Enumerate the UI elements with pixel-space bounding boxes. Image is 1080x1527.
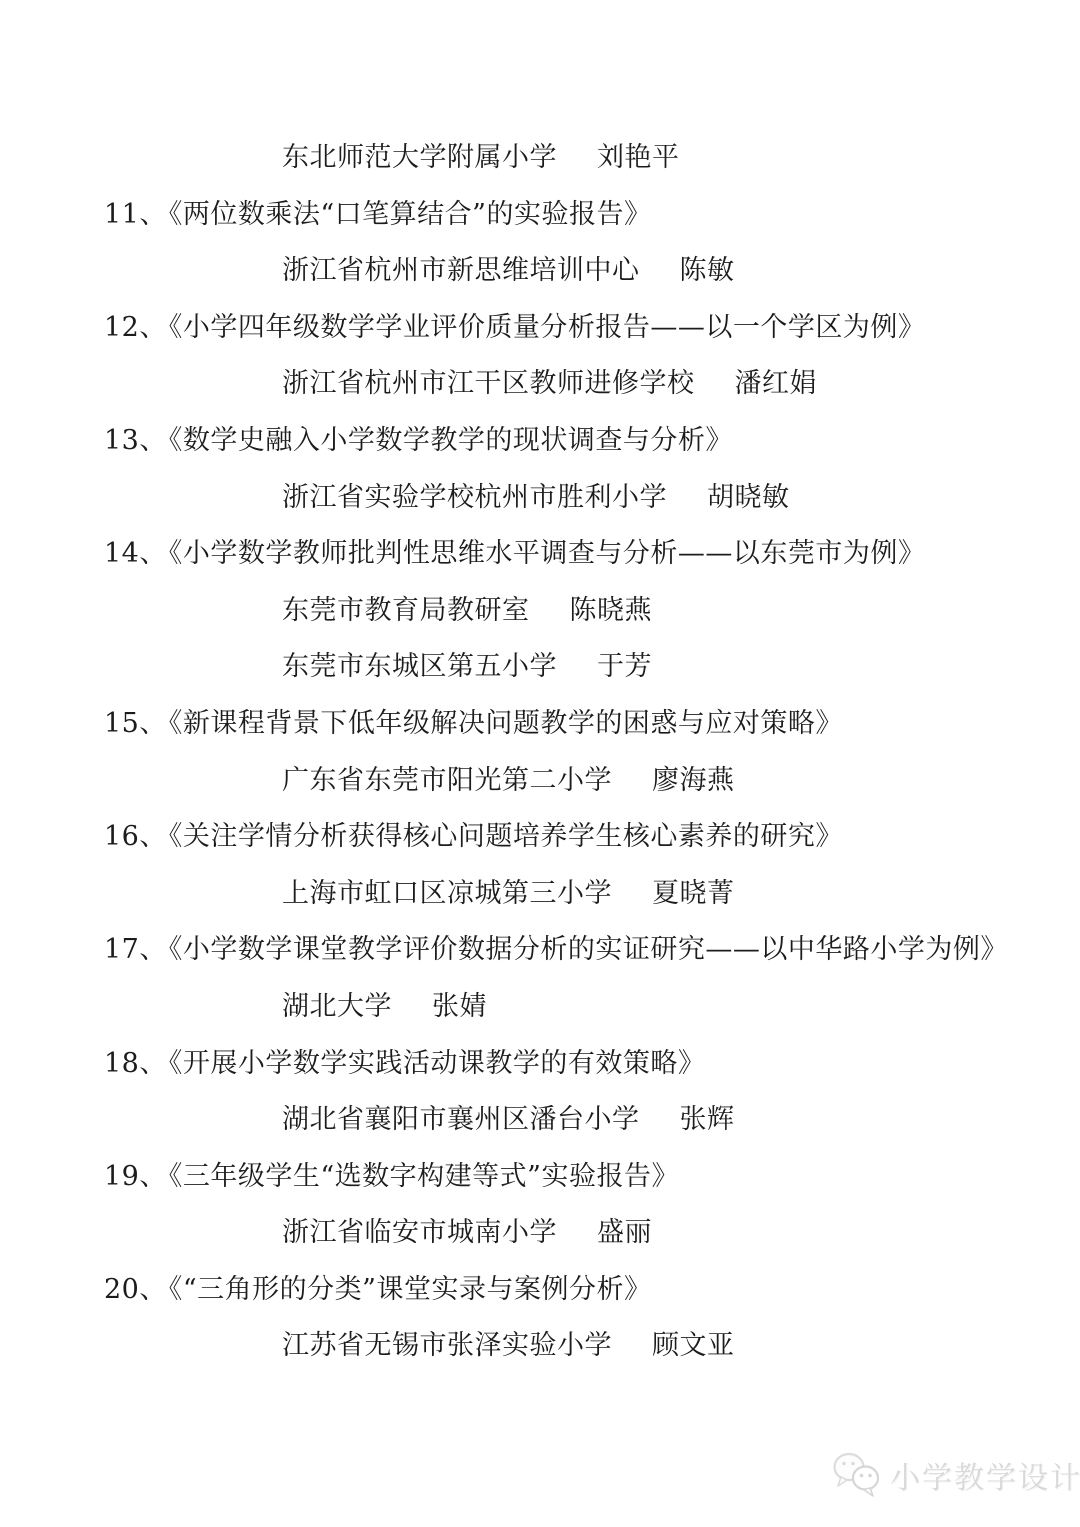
author-org: 东北师范大学附属小学 — [282, 142, 557, 173]
author-org: 湖北大学 — [282, 991, 392, 1022]
entry-number: 17、 — [104, 934, 167, 965]
author-org: 东莞市东城区第五小学 — [282, 651, 557, 682]
entry-author-line: 浙江省杭州市江干区教师进修学校潘红娟 — [0, 356, 1080, 413]
entry-author-line: 湖北大学张婧 — [0, 979, 1080, 1036]
author-org: 浙江省实验学校杭州市胜利小学 — [282, 482, 667, 513]
entry-title-line: 19、《三年级学生“选数字构建等式”实验报告》 — [0, 1149, 1080, 1206]
entry-author-line: 上海市虹口区凉城第三小学夏晓菁 — [0, 866, 1080, 923]
entry-author-line: 江苏省无锡市张泽实验小学顾文亚 — [0, 1318, 1080, 1375]
author-org: 浙江省临安市城南小学 — [282, 1217, 557, 1248]
entry-title: 《新课程背景下低年级解决问题教学的困惑与应对策略》 — [169, 708, 843, 739]
entry-title-line: 11、《两位数乘法“口笔算结合”的实验报告》 — [0, 187, 1080, 244]
entry-title: 《小学数学课堂教学评价数据分析的实证研究——以中华路小学为例》 — [169, 934, 1008, 965]
award-list: 东北师范大学附属小学刘艳平 11、《两位数乘法“口笔算结合”的实验报告》 浙江省… — [0, 0, 1080, 1375]
entry-title: 《“三角形的分类”课堂实录与案例分析》 — [169, 1274, 652, 1305]
entry-author-line: 东莞市东城区第五小学于芳 — [0, 639, 1080, 696]
entry-title: 《小学数学教师批判性思维水平调查与分析——以东莞市为例》 — [169, 538, 926, 569]
entry-number: 13、 — [104, 425, 167, 456]
entry-author-line: 浙江省实验学校杭州市胜利小学胡晓敏 — [0, 470, 1080, 527]
author-org: 广东省东莞市阳光第二小学 — [282, 765, 612, 796]
entry-author-line: 湖北省襄阳市襄州区潘台小学张辉 — [0, 1092, 1080, 1149]
entry-number: 14、 — [104, 538, 167, 569]
author-name: 胡晓敏 — [707, 482, 790, 513]
entry-title: 《三年级学生“选数字构建等式”实验报告》 — [169, 1161, 679, 1192]
entry-number: 15、 — [104, 708, 167, 739]
author-org: 浙江省杭州市新思维培训中心 — [282, 255, 640, 286]
author-name: 盛丽 — [597, 1217, 652, 1248]
entry-number: 19、 — [104, 1161, 167, 1192]
entry-title: 《两位数乘法“口笔算结合”的实验报告》 — [169, 199, 652, 230]
author-name: 夏晓菁 — [652, 878, 735, 909]
entry-author-line: 浙江省临安市城南小学盛丽 — [0, 1205, 1080, 1262]
watermark-label: 小学教学设计 — [890, 1453, 1080, 1497]
entry-author-line: 东莞市教育局教研室陈晓燕 — [0, 583, 1080, 640]
author-name: 陈敏 — [680, 255, 735, 286]
author-org: 湖北省襄阳市襄州区潘台小学 — [282, 1104, 640, 1135]
entry-title-line: 13、《数学史融入小学数学教学的现状调查与分析》 — [0, 413, 1080, 470]
watermark: 小学教学设计 — [832, 1448, 1080, 1502]
author-name: 刘艳平 — [597, 142, 680, 173]
entry-title: 《开展小学数学实践活动课教学的有效策略》 — [169, 1048, 706, 1079]
entry-title: 《关注学情分析获得核心问题培养学生核心素养的研究》 — [169, 821, 843, 852]
author-name: 顾文亚 — [652, 1330, 735, 1361]
author-org: 江苏省无锡市张泽实验小学 — [282, 1330, 612, 1361]
document-page: 东北师范大学附属小学刘艳平 11、《两位数乘法“口笔算结合”的实验报告》 浙江省… — [0, 0, 1080, 1527]
entry-number: 12、 — [104, 312, 167, 343]
entry-title-line: 17、《小学数学课堂教学评价数据分析的实证研究——以中华路小学为例》 — [0, 922, 1080, 979]
author-name: 廖海燕 — [652, 765, 735, 796]
author-name: 潘红娟 — [735, 368, 818, 399]
entry-title-line: 16、《关注学情分析获得核心问题培养学生核心素养的研究》 — [0, 809, 1080, 866]
entry-title-line: 20、《“三角形的分类”课堂实录与案例分析》 — [0, 1262, 1080, 1319]
entry-title: 《小学四年级数学学业评价质量分析报告——以一个学区为例》 — [169, 312, 926, 343]
entry-title-line: 15、《新课程背景下低年级解决问题教学的困惑与应对策略》 — [0, 696, 1080, 753]
entry-number: 11、 — [104, 199, 167, 230]
author-org: 上海市虹口区凉城第三小学 — [282, 878, 612, 909]
entry-number: 16、 — [104, 821, 167, 852]
entry-title-line: 18、《开展小学数学实践活动课教学的有效策略》 — [0, 1036, 1080, 1093]
wechat-icon — [832, 1450, 884, 1500]
author-org: 浙江省杭州市江干区教师进修学校 — [282, 368, 695, 399]
author-name: 张辉 — [680, 1104, 735, 1135]
entry-title: 《数学史融入小学数学教学的现状调查与分析》 — [169, 425, 733, 456]
entry-title-line: 14、《小学数学教师批判性思维水平调查与分析——以东莞市为例》 — [0, 526, 1080, 583]
entry-author-line: 东北师范大学附属小学刘艳平 — [0, 130, 1080, 187]
entry-number: 20、 — [104, 1274, 167, 1305]
entry-author-line: 广东省东莞市阳光第二小学廖海燕 — [0, 753, 1080, 810]
entry-title-line: 12、《小学四年级数学学业评价质量分析报告——以一个学区为例》 — [0, 300, 1080, 357]
author-name: 于芳 — [597, 651, 652, 682]
entry-author-line: 浙江省杭州市新思维培训中心陈敏 — [0, 243, 1080, 300]
entry-number: 18、 — [104, 1048, 167, 1079]
author-name: 陈晓燕 — [570, 595, 653, 626]
author-name: 张婧 — [432, 991, 487, 1022]
author-org: 东莞市教育局教研室 — [282, 595, 530, 626]
